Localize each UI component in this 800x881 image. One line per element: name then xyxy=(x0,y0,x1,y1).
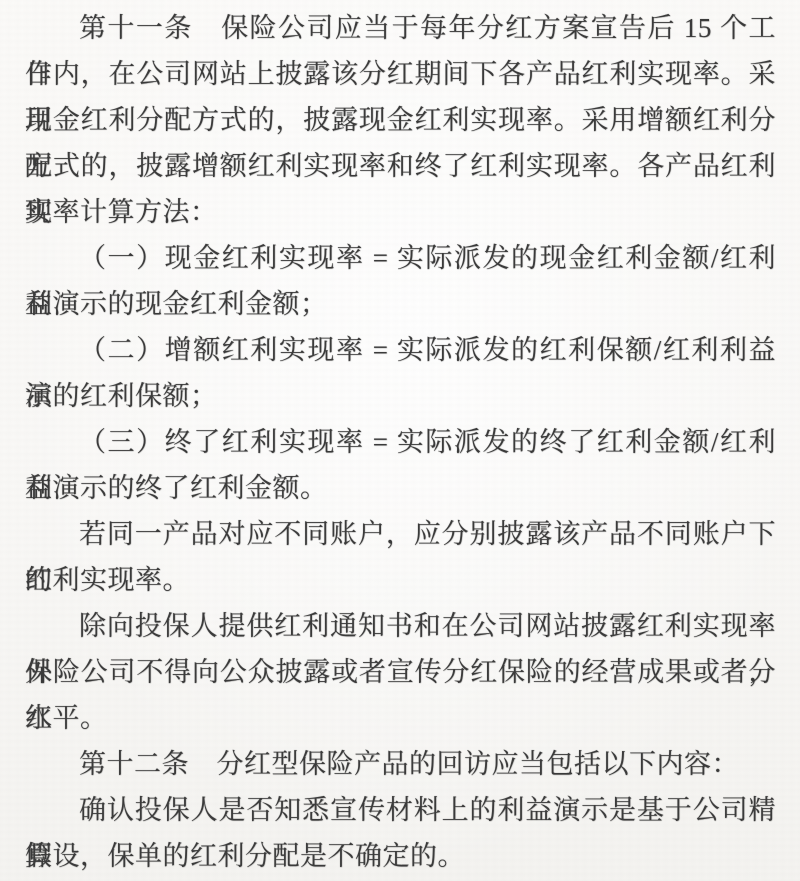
text-line: 假设，保单的红利分配是不确定的。 xyxy=(25,833,776,879)
text-line: 第十一条 保险公司应当于每年分红方案宣告后 15 个工作 xyxy=(25,5,776,51)
text-line: 水平。 xyxy=(25,695,776,741)
text-line: 若同一产品对应不同账户，应分别披露该产品不同账户下的 xyxy=(25,511,776,557)
text-line: （三）终了红利实现率 = 实际派发的终了红利金额/红利利 xyxy=(25,419,776,465)
text-line: （一）现金红利实现率 = 实际派发的现金红利金额/红利利 xyxy=(25,235,776,281)
text-line: 红利实现率。 xyxy=(25,557,776,603)
text-line: （二）增额红利实现率 = 实际派发的红利保额/红利利益演 xyxy=(25,327,776,373)
text-line: 第十二条 分红型保险产品的回访应当包括以下内容： xyxy=(25,741,776,787)
text-line: 确认投保人是否知悉宣传材料上的利益演示是基于公司精算 xyxy=(25,787,776,833)
text-line: 日内，在公司网站上披露该分红期间下各产品红利实现率。采用 xyxy=(25,51,776,97)
text-line: 保险公司不得向公众披露或者宣传分红保险的经营成果或者分红 xyxy=(25,649,776,695)
text-line: 除向投保人提供红利通知书和在公司网站披露红利实现率外， xyxy=(25,603,776,649)
text-line: 示的红利保额； xyxy=(25,373,776,419)
text-line: 现率计算方法： xyxy=(25,189,776,235)
document-page: 第十一条 保险公司应当于每年分红方案宣告后 15 个工作日内，在公司网站上披露该… xyxy=(0,0,800,881)
text-line: 益演示的终了红利金额。 xyxy=(25,465,776,511)
text-line: 益演示的现金红利金额； xyxy=(25,281,776,327)
text-line: 方式的，披露增额红利实现率和终了红利实现率。各产品红利实 xyxy=(25,143,776,189)
text-line: 现金红利分配方式的，披露现金红利实现率。采用增额红利分配 xyxy=(25,97,776,143)
document-text-block: 第十一条 保险公司应当于每年分红方案宣告后 15 个工作日内，在公司网站上披露该… xyxy=(25,5,776,879)
